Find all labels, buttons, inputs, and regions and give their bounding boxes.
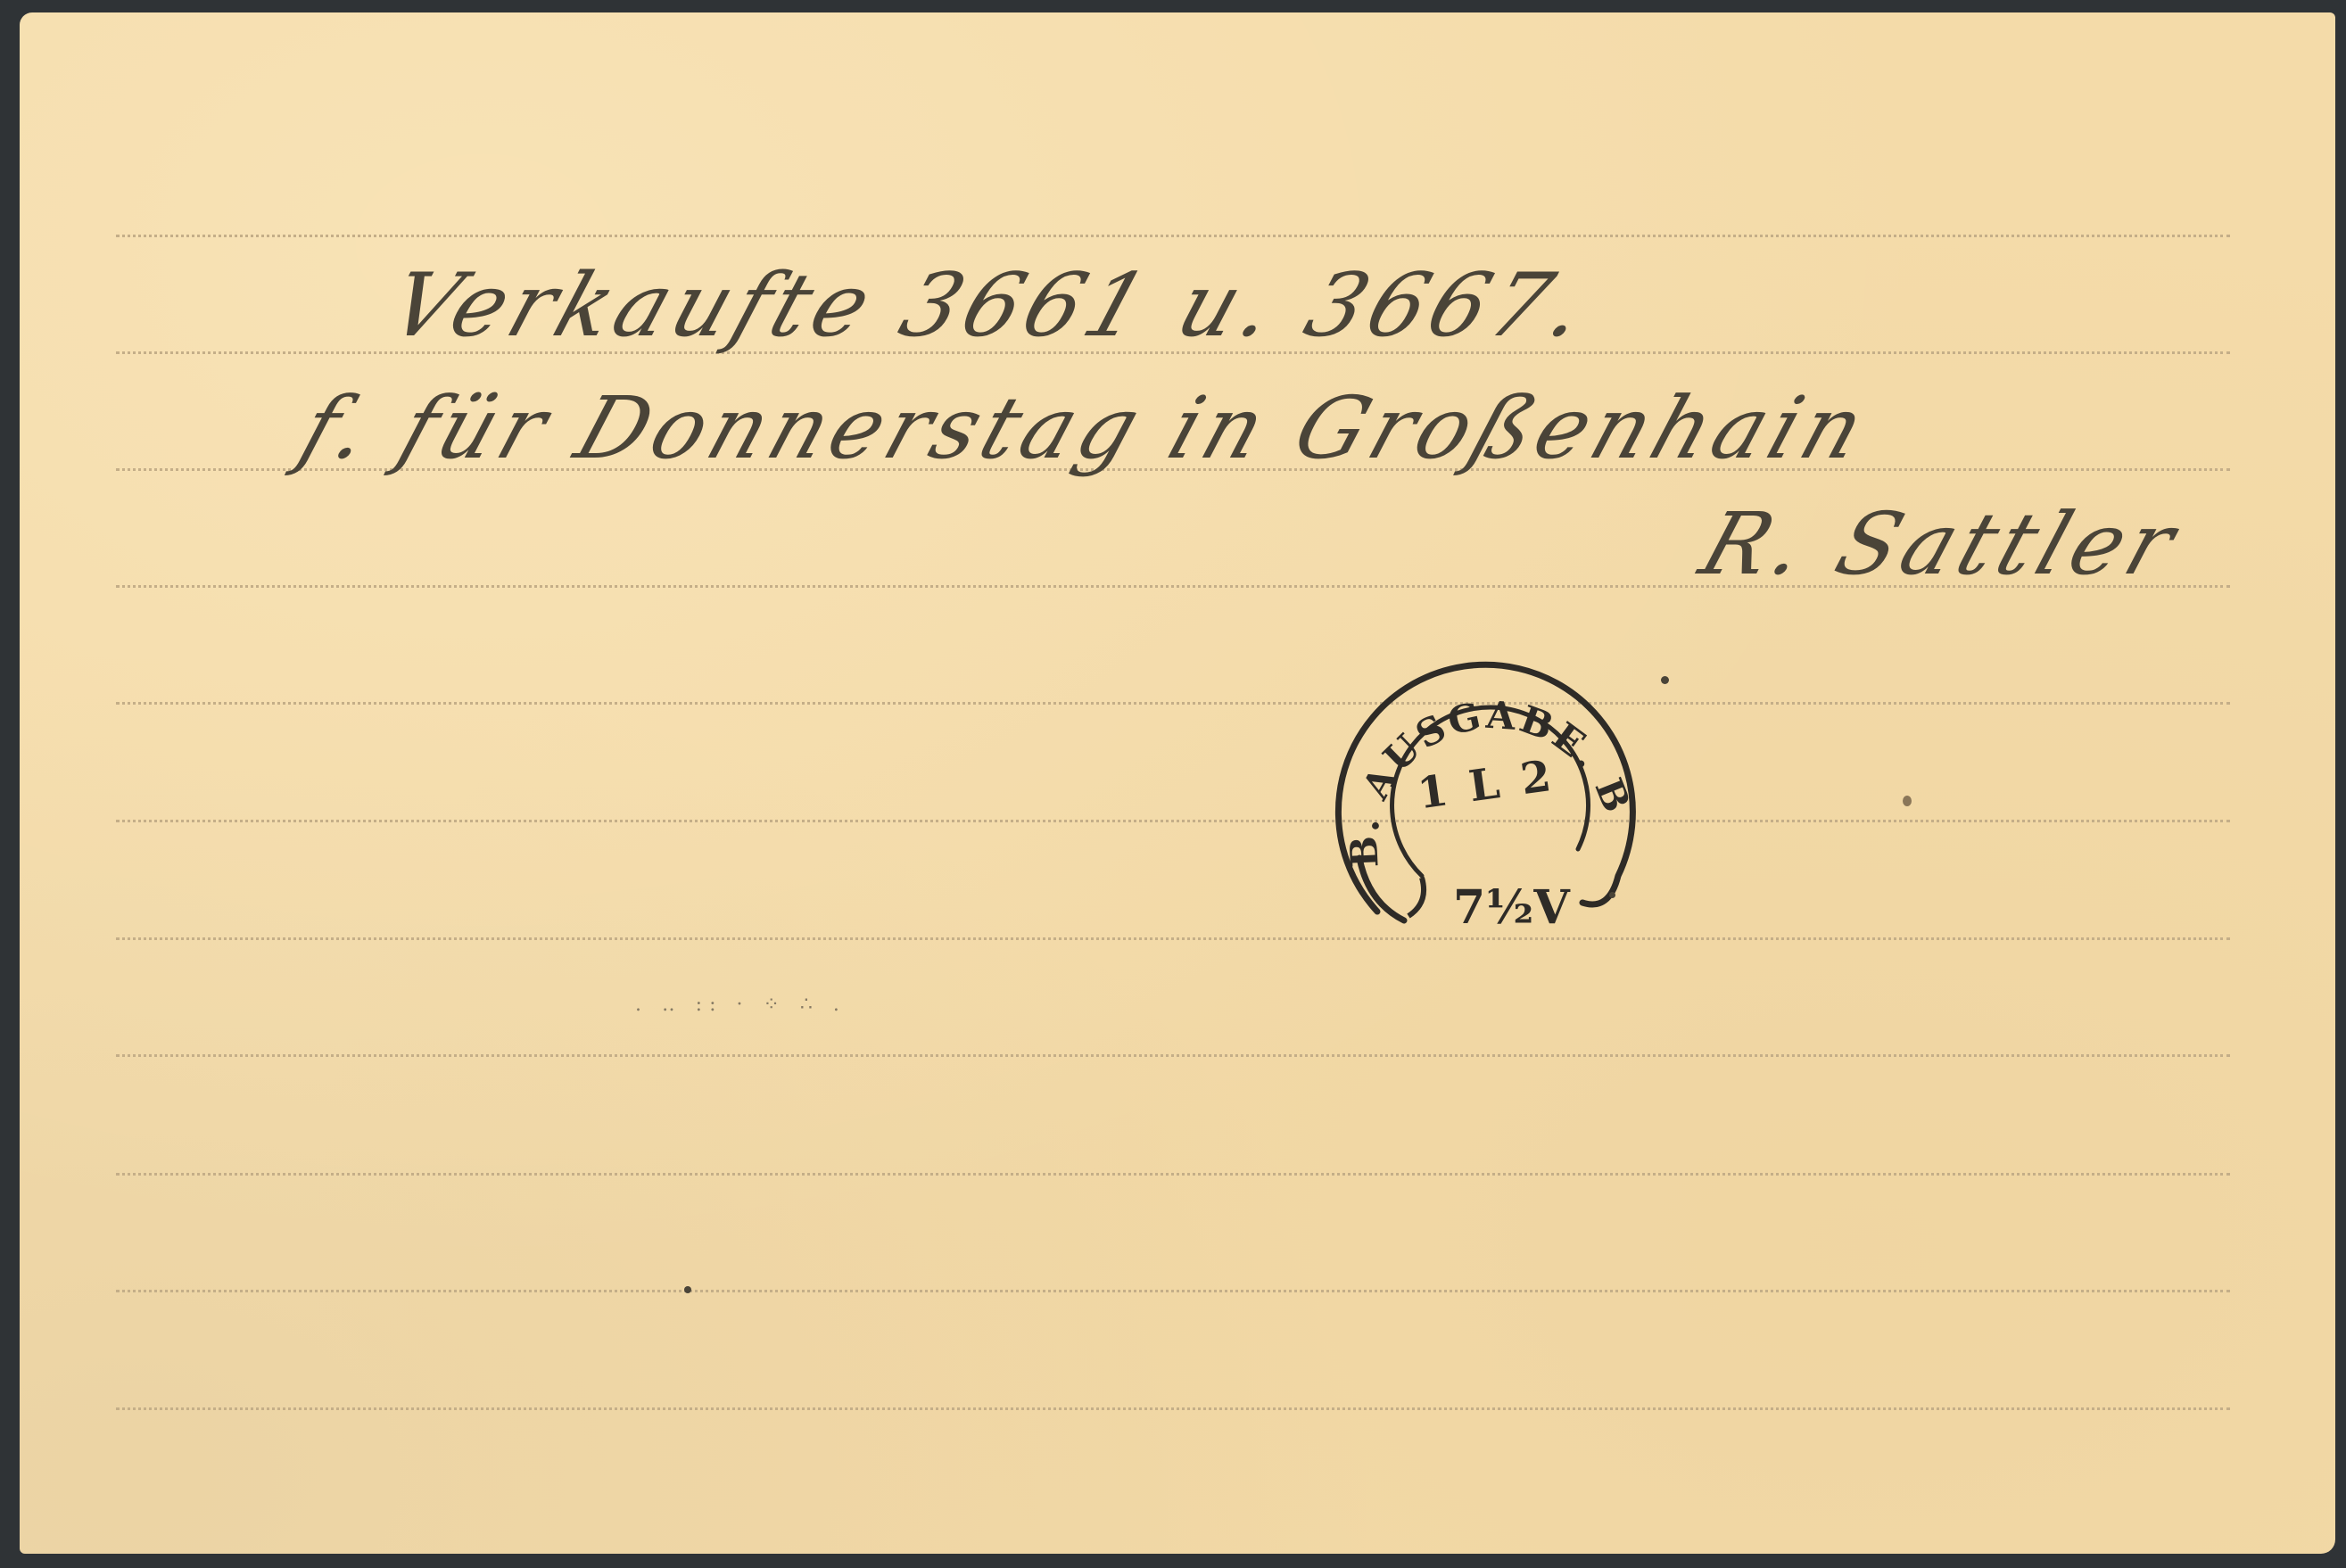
- faded-print-smudge: . ‥ :: · ⁘ ∴ .: [635, 994, 847, 1016]
- postmark-time: 7½V: [1453, 880, 1570, 935]
- ruled-line: [116, 702, 2230, 705]
- ruled-line: [116, 1054, 2230, 1057]
- ruled-line: [116, 235, 2230, 237]
- postmark-stamp: B. AUSGABE. B. 1 L 2 7½V: [1324, 644, 1663, 947]
- ruled-line: [116, 820, 2230, 822]
- ruled-line: [116, 937, 2230, 940]
- ink-speck: [1609, 892, 1615, 898]
- ink-speck: [684, 1286, 691, 1293]
- handwritten-signature: R. Sattler: [1689, 494, 2192, 594]
- ruled-line: [116, 1407, 2230, 1410]
- ruled-line: [116, 1290, 2230, 1292]
- handwritten-line-2: f. für Donnerstag in Großenhain: [289, 378, 1881, 478]
- handwritten-line-1: Verkaufte 3661 u. 3667.: [377, 255, 1603, 357]
- ruled-line: [116, 1173, 2230, 1176]
- ink-speck: [1903, 796, 1912, 806]
- ink-speck: [1661, 676, 1669, 684]
- svg-text:B. AUSGABE. B.: B. AUSGABE. B.: [1324, 644, 1640, 869]
- postcard: Verkaufte 3661 u. 3667. f. für Donnersta…: [20, 12, 2335, 1554]
